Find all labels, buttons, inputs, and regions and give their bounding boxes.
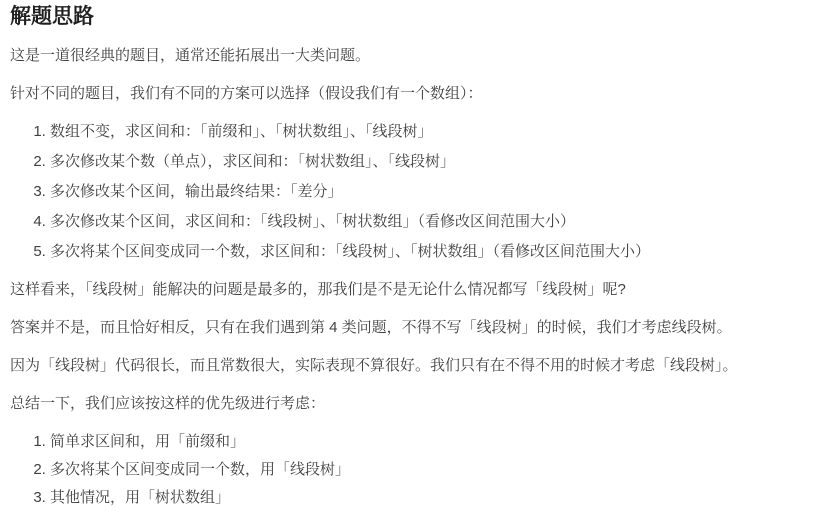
priority-list-item-3: 其他情况，用「树状数组」	[50, 486, 807, 510]
scenario-list-item-4: 多次修改某个区间，求区间和：「线段树」、「树状数组」（看修改区间范围大小）	[50, 210, 807, 234]
paragraph-reason: 因为「线段树」代码很长，而且常数很大，实际表现不算很好。我们只有在不得不用的时候…	[10, 354, 807, 378]
paragraph-intro-1: 这是一道很经典的题目，通常还能拓展出一大类问题。	[10, 44, 807, 68]
paragraph-answer: 答案并不是，而且恰好相反，只有在我们遇到第 4 类问题，不得不写「线段树」的时候…	[10, 316, 807, 340]
paragraph-intro-2: 针对不同的题目，我们有不同的方案可以选择（假设我们有一个数组）：	[10, 82, 807, 106]
scenario-list-item-3: 多次修改某个区间，输出最终结果：「差分」	[50, 180, 807, 204]
scenario-list: 数组不变，求区间和：「前缀和」、「树状数组」、「线段树」 多次修改某个数（单点）…	[10, 120, 807, 264]
paragraph-observation: 这样看来，「线段树」能解决的问题是最多的，那我们是不是无论什么情况都写「线段树」…	[10, 278, 807, 302]
priority-list-item-2: 多次将某个区间变成同一个数，用「线段树」	[50, 458, 807, 482]
scenario-list-item-1: 数组不变，求区间和：「前缀和」、「树状数组」、「线段树」	[50, 120, 807, 144]
paragraph-summary: 总结一下，我们应该按这样的优先级进行考虑：	[10, 392, 807, 416]
scenario-list-item-2: 多次修改某个数（单点），求区间和：「树状数组」、「线段树」	[50, 150, 807, 174]
scenario-list-item-5: 多次将某个区间变成同一个数，求区间和：「线段树」、「树状数组」（看修改区间范围大…	[50, 240, 807, 264]
priority-list: 简单求区间和，用「前缀和」 多次将某个区间变成同一个数，用「线段树」 其他情况，…	[10, 430, 807, 510]
priority-list-item-1: 简单求区间和，用「前缀和」	[50, 430, 807, 454]
section-heading: 解题思路	[10, 4, 807, 30]
solution-article: 解题思路 这是一道很经典的题目，通常还能拓展出一大类问题。 针对不同的题目，我们…	[0, 0, 817, 522]
